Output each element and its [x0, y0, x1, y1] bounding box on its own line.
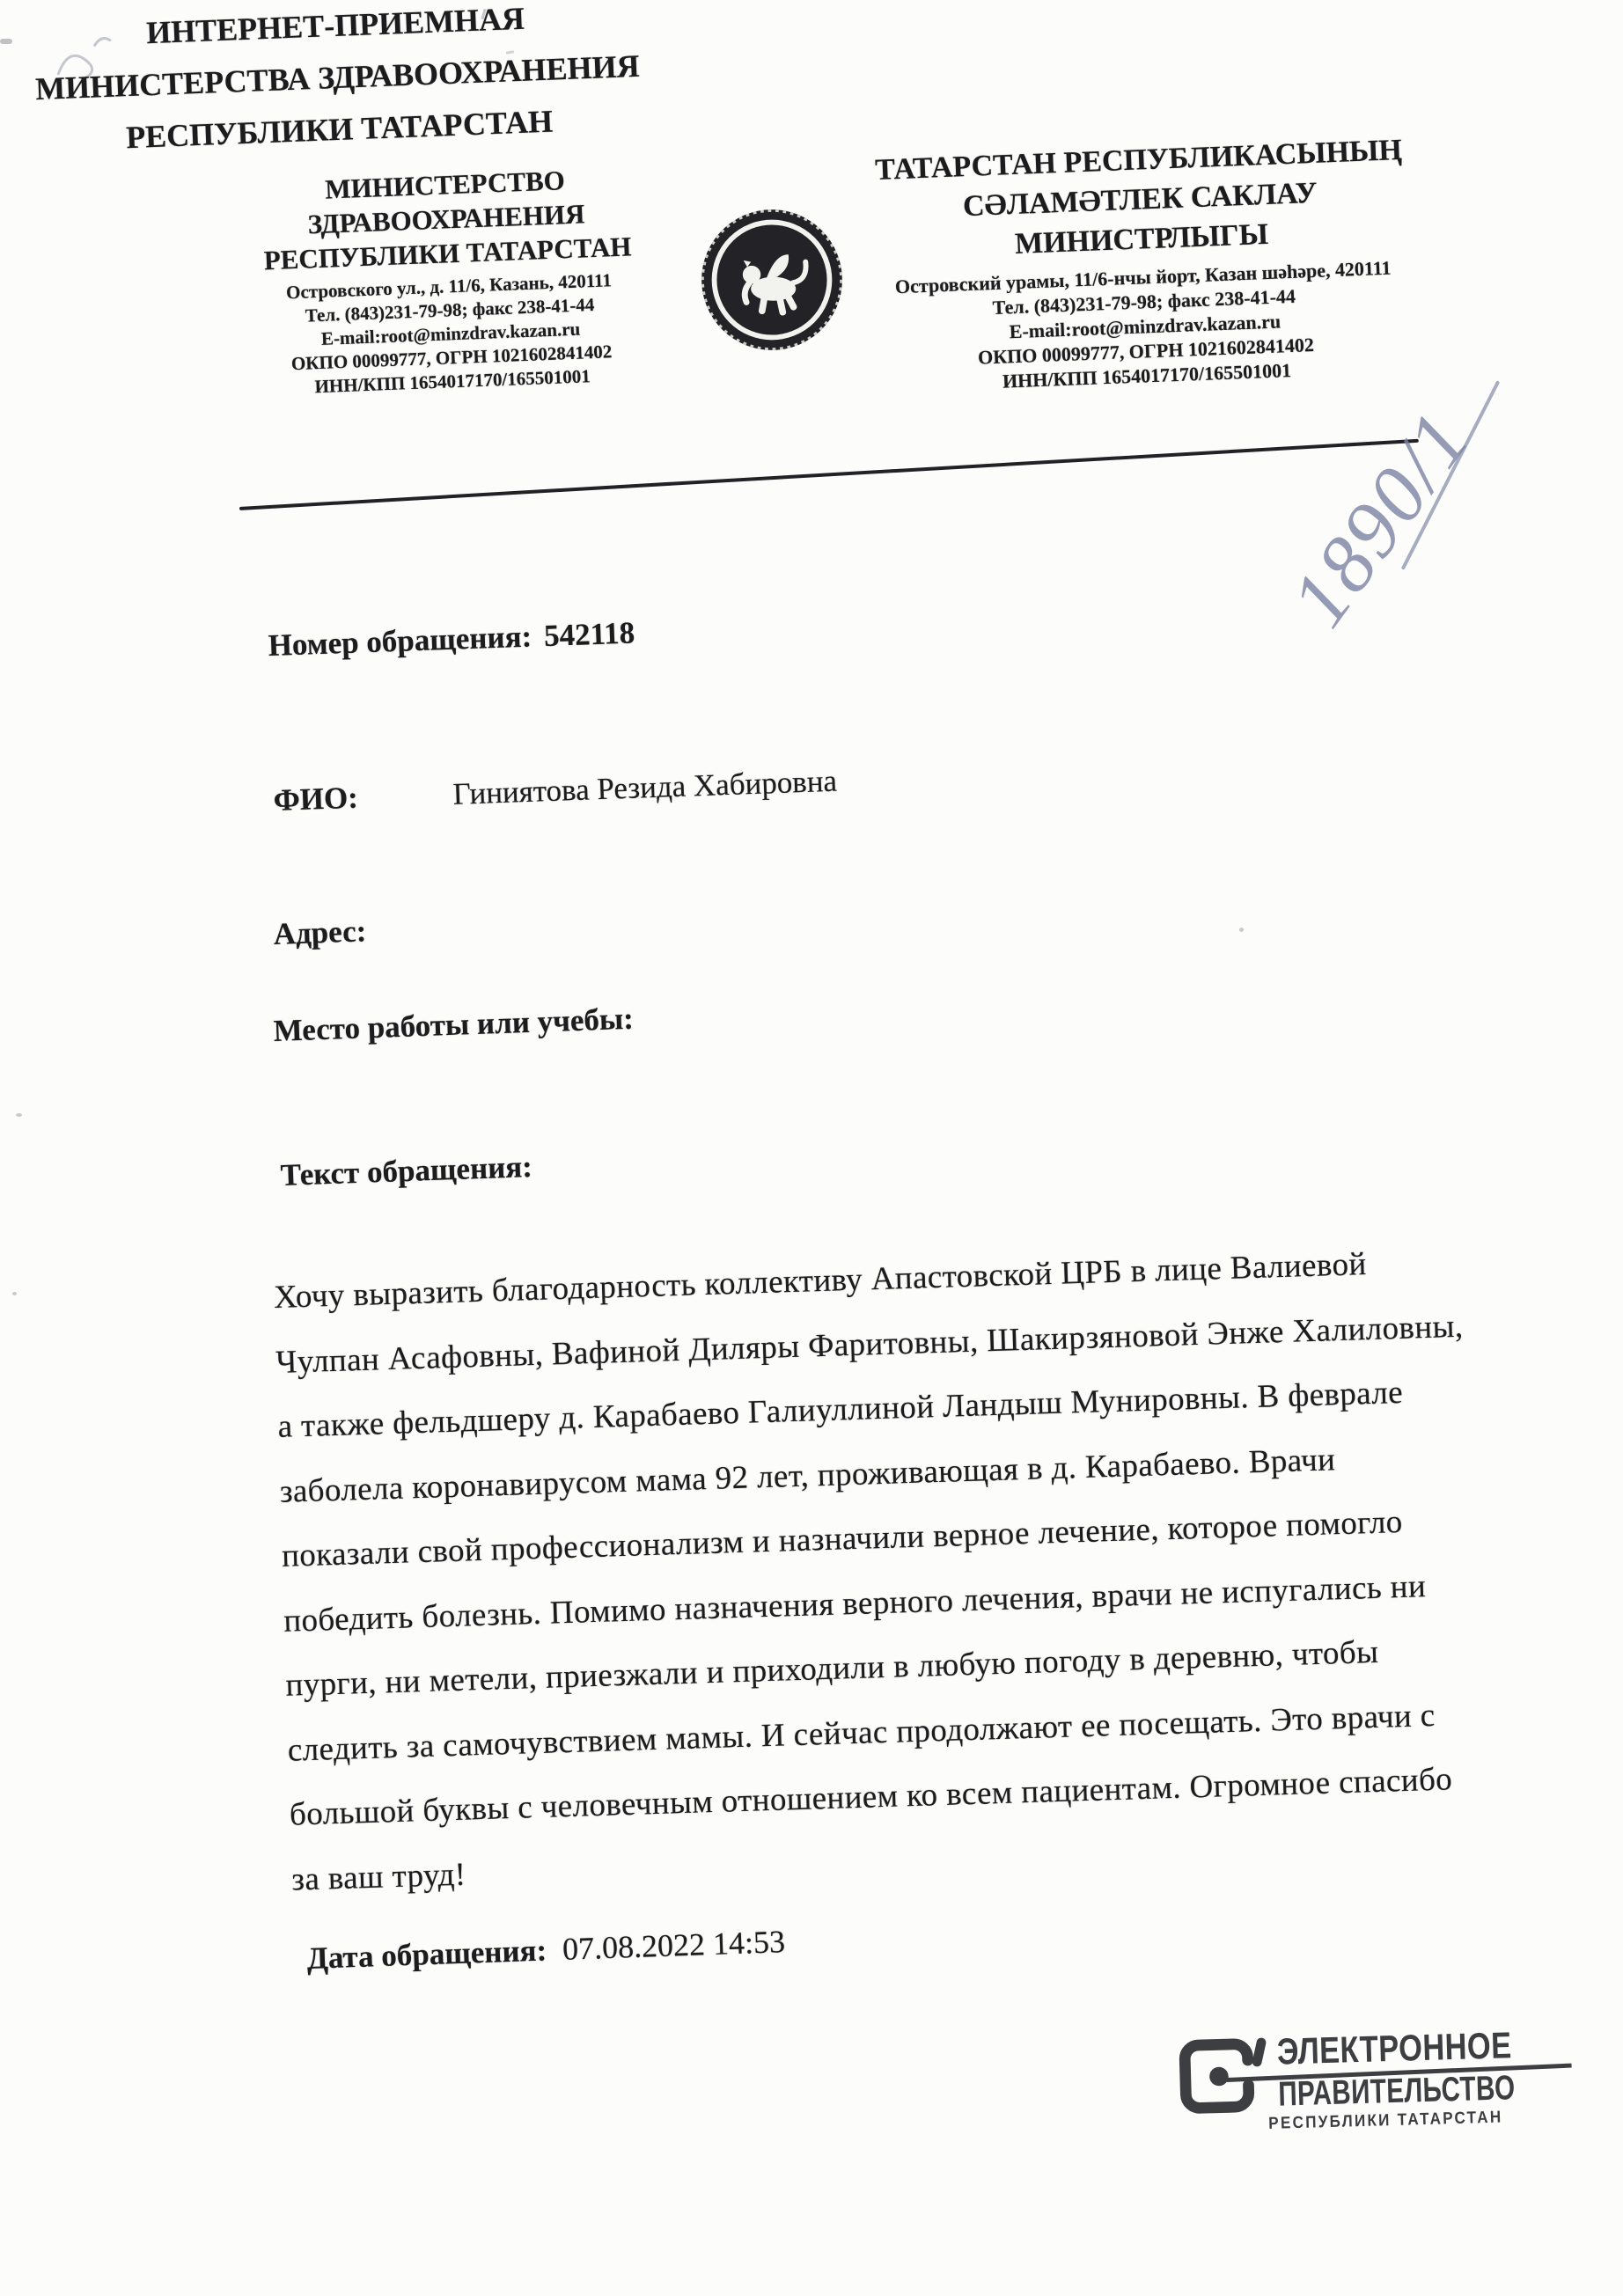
workplace-label: Место работы или учебы: — [273, 1001, 634, 1048]
ministry-header-russian: МИНИСТЕРСТВО ЗДРАВООХРАНЕНИЯ РЕСПУБЛИКИ … — [224, 159, 672, 402]
appeal-text-heading: Текст обращения: — [280, 1149, 533, 1193]
egov-logo-text-2: ПРАВИТЕЛЬСТВО — [1278, 2069, 1516, 2115]
org-contact-details: Островского ул., д. 11/6, Казань, 420111… — [229, 267, 673, 402]
appeal-date-value: 07.08.2022 14:53 — [562, 1924, 785, 1967]
org-name-line: ТАТАРСТАН РЕСПУБЛИКАСЫНЫҢ СӘЛАМӘТЛЕК САК… — [852, 129, 1428, 270]
document-title: ИНТЕРНЕТ-ПРИЕМНАЯ МИНИСТЕРСТВА ЗДРАВООХР… — [0, 0, 674, 168]
address-label: Адрес: — [273, 913, 367, 951]
appeal-number-row: Номер обращения:542118 — [268, 615, 635, 664]
org-name-line: МИНИСТЕРСТВО ЗДРАВООХРАНЕНИЯ РЕСПУБЛИКИ … — [224, 159, 668, 279]
scan-speck-artifact — [12, 1292, 17, 1295]
fio-label: ФИО: — [273, 777, 453, 818]
appeal-text-label: Текст обращения: — [280, 1149, 532, 1192]
scanned-letter-page: МИНИСТЕРСТВО ЗДРАВООХРАНЕНИЯ РЕСПУБЛИКИ … — [0, 0, 1623, 2296]
fio-row: ФИО:Гиниятова Резида Хабировна — [273, 764, 838, 818]
address-row: Адрес: — [273, 913, 367, 952]
fio-value: Гиниятова Резида Хабировна — [452, 764, 838, 811]
tatarstan-emblem-icon — [697, 204, 847, 356]
appeal-number-value: 542118 — [543, 615, 635, 653]
egov-logo: ЭЛЕКТРОННОЕ ПРАВИТЕЛЬСТВО РЕСПУБЛИКИ ТАТ… — [1171, 2011, 1597, 2163]
appeal-body-text: Хочу выразить благодарность коллективу А… — [273, 1229, 1480, 1912]
scan-speck-artifact — [16, 1113, 22, 1117]
scan-speck-artifact — [1239, 928, 1244, 932]
workplace-row: Место работы или учебы: — [273, 1001, 634, 1049]
appeal-date-label: Дата обращения: — [306, 1933, 547, 1975]
appeal-number-label: Номер обращения: — [268, 620, 532, 663]
egov-logo-text-1: ЭЛЕКТРОННОЕ — [1276, 2024, 1512, 2072]
appeal-date-row: Дата обращения:07.08.2022 14:53 — [306, 1923, 786, 1977]
